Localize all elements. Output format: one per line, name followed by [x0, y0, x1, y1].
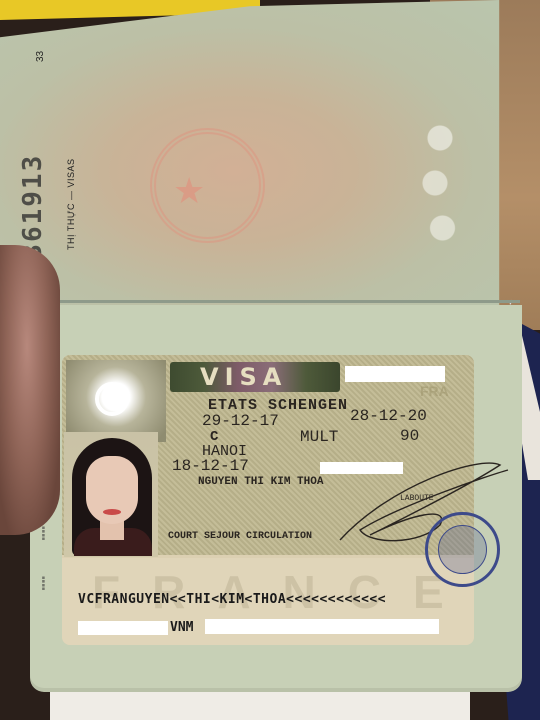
receipt-paper: [50, 685, 470, 720]
redaction: [345, 366, 445, 382]
duration-of-stay: 90: [400, 427, 419, 445]
page-fold: [60, 300, 520, 303]
cloud-motif-watermark: [415, 108, 465, 258]
valid-until: 28-12-20: [350, 407, 427, 425]
star-icon: ★: [173, 170, 205, 212]
number-of-entries: MULT: [300, 428, 338, 446]
stamp-emblem: [438, 525, 487, 574]
page-label: THỊ THỰC — VISAS: [66, 158, 76, 250]
photo-lips: [103, 509, 121, 515]
country-code: FRA: [420, 383, 449, 399]
redaction: [78, 621, 168, 635]
issued-on: 18-12-17: [172, 457, 249, 475]
page-number: 33: [35, 51, 46, 62]
eu-hologram-icon: [95, 382, 129, 416]
mrz-line-2: VNM: [170, 620, 193, 635]
holder-name: NGUYEN THI KIM THOA: [198, 476, 323, 488]
visa-title: VISA: [200, 363, 287, 391]
valid-from: 29-12-17: [202, 412, 279, 430]
national-emblem-watermark: [150, 128, 265, 243]
mrz-line-1: VCFRANGUYEN<<THI<KIM<THOA<<<<<<<<<<<<: [78, 592, 386, 607]
remarks: COURT SEJOUR CIRCULATION: [168, 531, 312, 542]
thumb: [0, 245, 60, 535]
redaction: [205, 619, 439, 634]
